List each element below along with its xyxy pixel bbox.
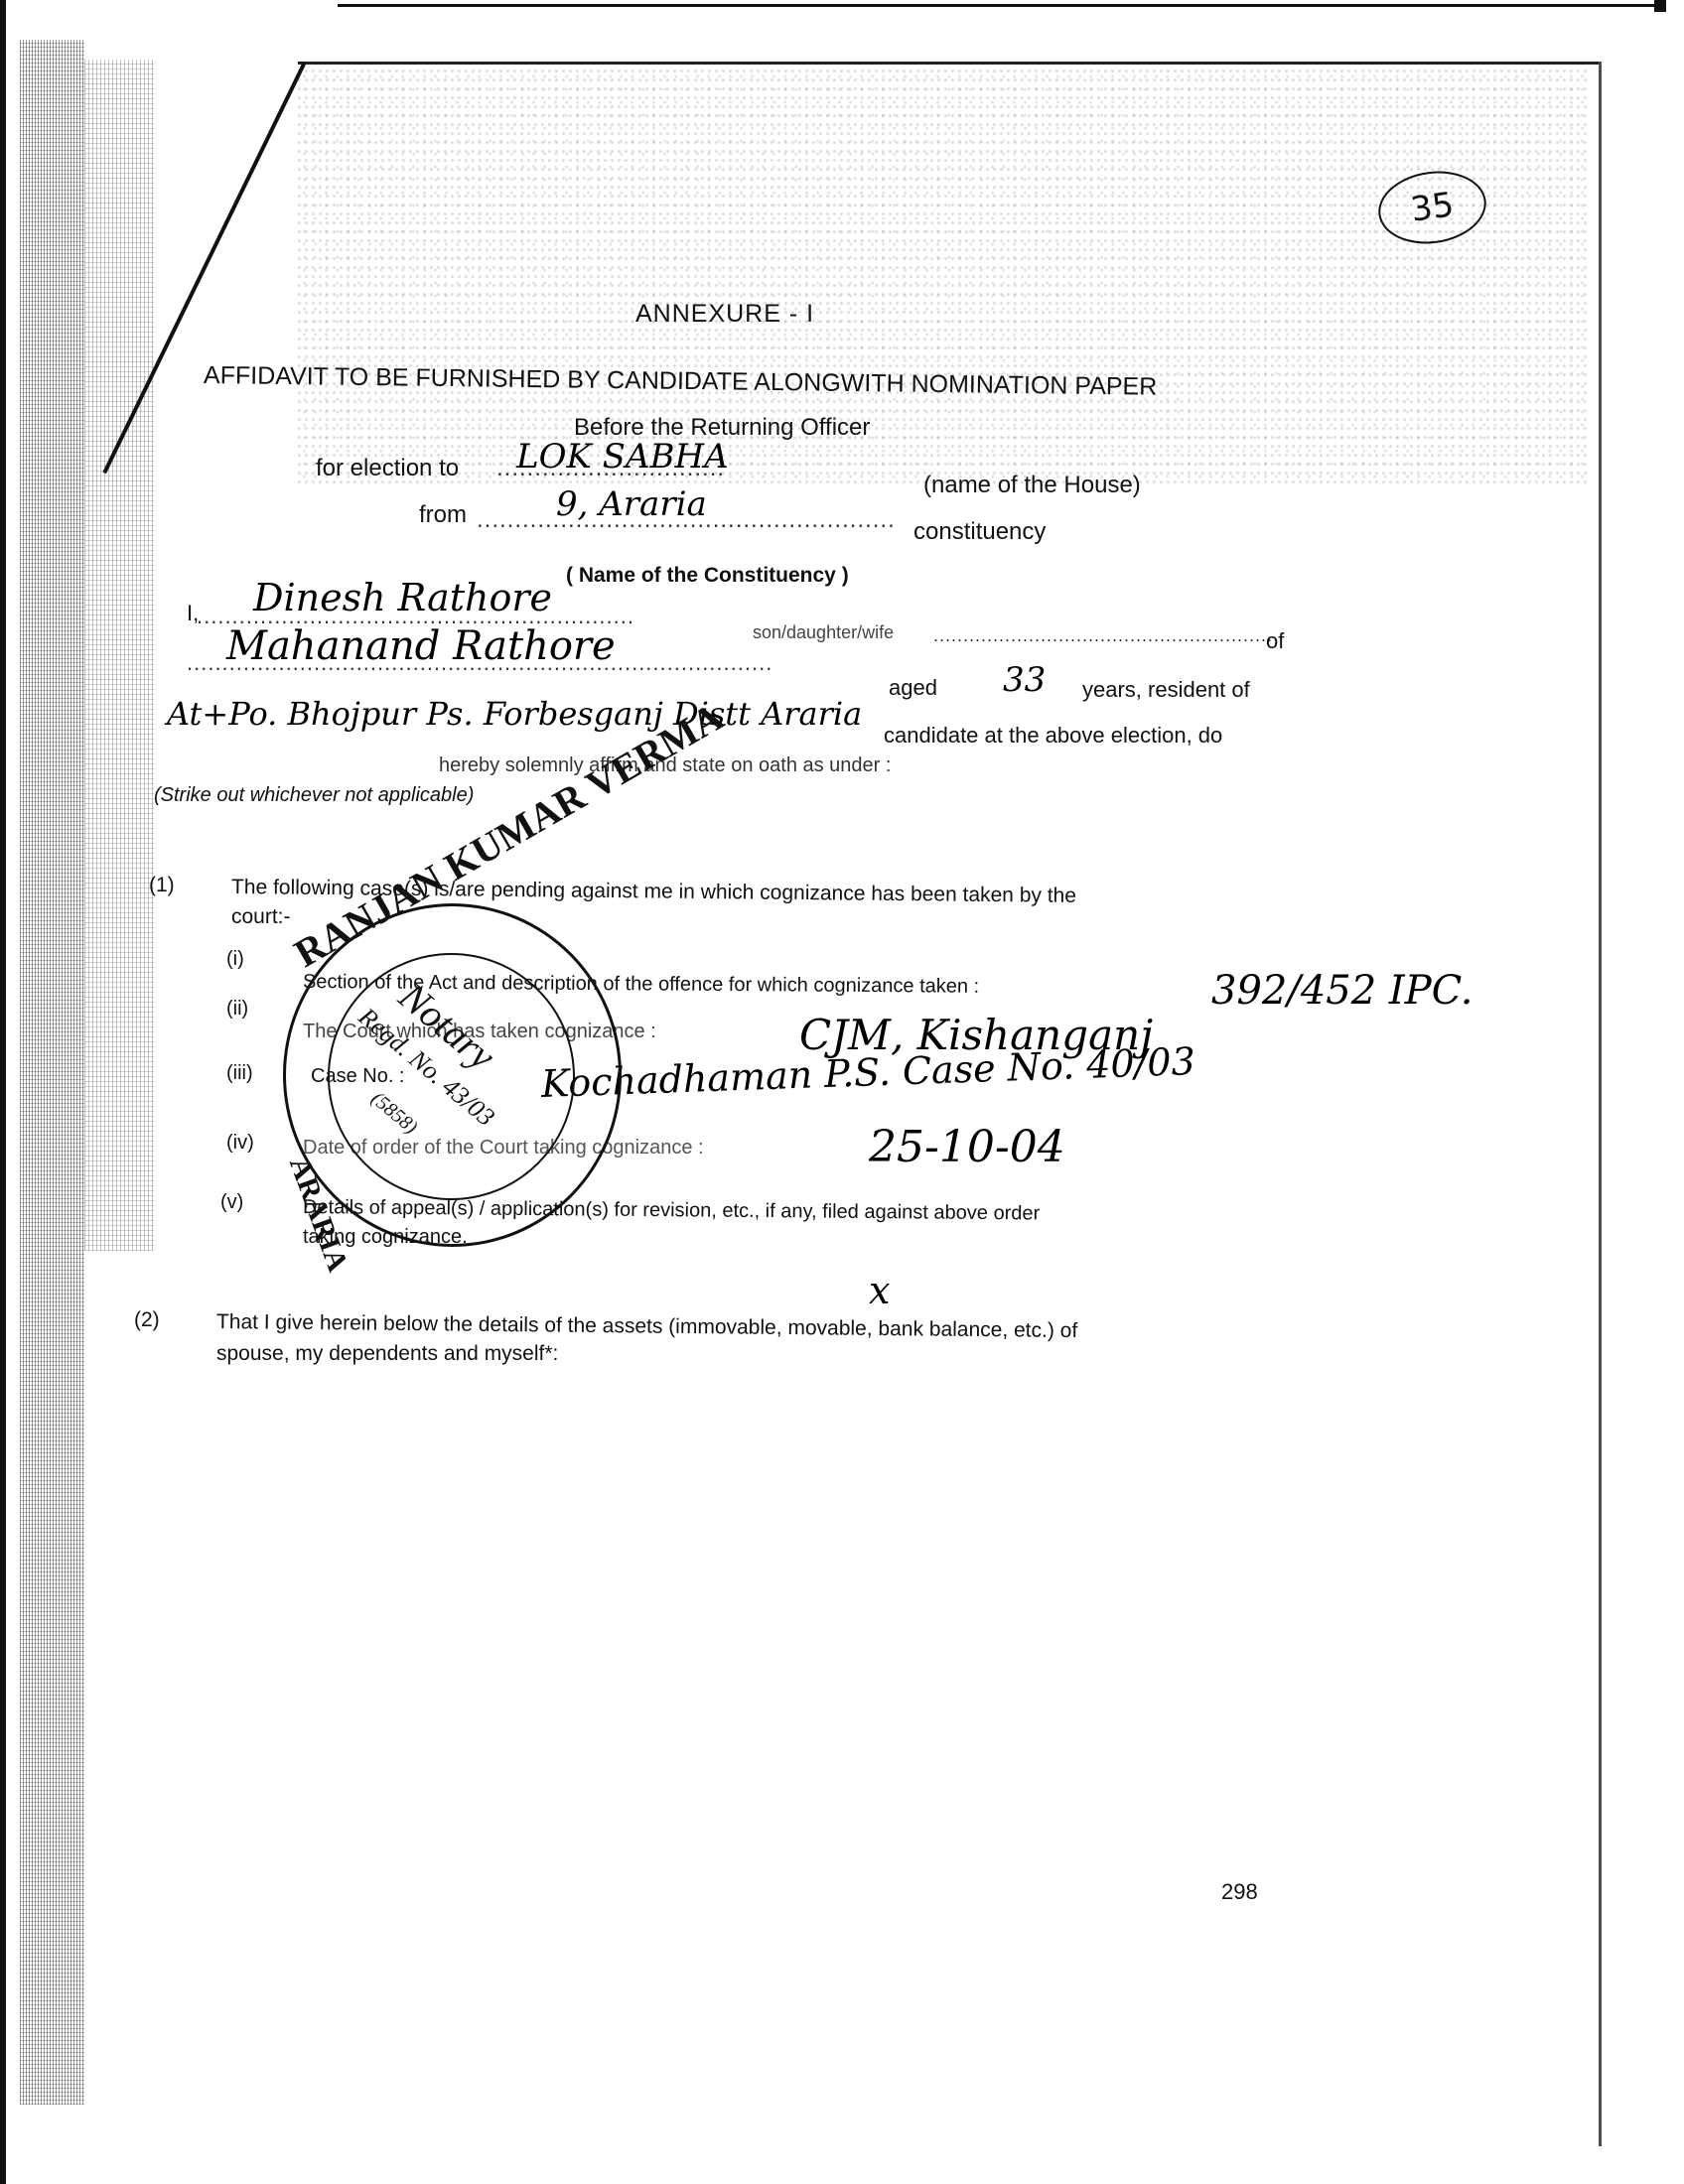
address-value: At+Po. Bhojpur Ps. Forbesganj Distt Arar… — [167, 695, 862, 733]
item-ii-num: (ii) — [226, 998, 248, 1021]
item-i-value: 392/452 IPC. — [1211, 968, 1473, 1014]
election-value: LOK SABHA — [516, 437, 729, 477]
candidate-text: candidate at the above election, do — [884, 723, 1222, 749]
constituency-caption: ( Name of the Constituency ) — [566, 564, 849, 588]
of-label: of — [1266, 628, 1284, 654]
years-label: years, resident of — [1082, 677, 1250, 703]
section2-number: (2) — [134, 1308, 160, 1332]
page-marker-number: 35 — [1408, 185, 1456, 230]
section1-number: (1) — [149, 874, 175, 897]
item-i-num: (i) — [226, 948, 244, 971]
page-right-border — [1599, 62, 1602, 2146]
page-number: 298 — [1221, 1879, 1258, 1905]
item-iv-num: (iv) — [226, 1132, 254, 1155]
section2-line2: spouse, my dependents and myself*: — [216, 1342, 558, 1366]
section2-line1: That I give herein below the details of … — [216, 1310, 1078, 1343]
item-iv-value: 25-10-04 — [869, 1122, 1065, 1172]
constituency-label: from — [419, 501, 467, 529]
constituency-suffix: constituency — [913, 518, 1046, 546]
election-label: for election to — [316, 455, 459, 482]
item-iii-num: (iii) — [226, 1062, 253, 1085]
page-top-border — [298, 62, 1599, 65]
section1-intro-cont: court:- — [231, 905, 291, 929]
strike-note: (Strike out whichever not applicable) — [154, 784, 474, 807]
scan-noise-header — [298, 68, 1589, 484]
scan-noise-fold — [84, 60, 154, 1251]
scan-corner-mark — [1654, 0, 1666, 12]
scan-noise-left — [20, 40, 84, 2105]
scan-top-edge — [338, 4, 1658, 7]
deponent-name: Dinesh Rathore — [253, 576, 552, 619]
scan-left-edge — [0, 0, 6, 2184]
age-value: 33 — [1003, 660, 1046, 700]
aged-label: aged — [889, 675, 937, 701]
dotted-leader: ........................................… — [933, 625, 1273, 646]
constituency-value: 9, Araria — [556, 484, 707, 524]
annexure-title: ANNEXURE - I — [635, 300, 814, 329]
item-v-num: (v) — [220, 1191, 243, 1214]
election-suffix: (name of the House) — [923, 472, 1141, 499]
relation-label: son/daughter/wife — [753, 622, 894, 643]
item-v-value: x — [869, 1269, 890, 1312]
parent-name: Mahanand Rathore — [226, 623, 616, 669]
